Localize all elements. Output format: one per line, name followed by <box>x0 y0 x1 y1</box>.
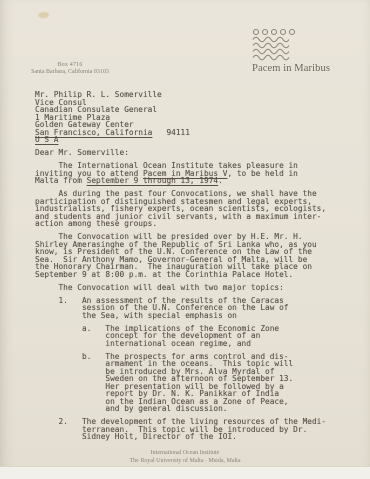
pacem-logo: Pacem in Maribus <box>252 28 347 74</box>
underlined-text: September 9 through 13, 1974 <box>87 176 218 185</box>
letter-text: the Sea, with special emphasis on <box>35 311 237 320</box>
footer-institute-name: International Ocean Institute <box>0 450 370 458</box>
letter-line: The Convocation will deal with two major… <box>35 284 345 292</box>
letter-line: international ocean regime, and <box>35 340 345 348</box>
letter-text: . <box>218 176 223 185</box>
footer-university-line: The Royal University of Malta · Msida, M… <box>0 458 370 466</box>
letter-line: San Francisco, California 94111 <box>35 129 345 137</box>
pacem-logo-text: Pacem in Maribus <box>252 63 347 74</box>
letter-text: , to be held in <box>227 169 297 178</box>
letter-text: action among these groups. <box>35 219 157 228</box>
letter-text: The Convocation will deal with two major… <box>35 283 284 292</box>
letter-text: Dear Mr. Somerville: <box>35 148 129 157</box>
scan-edge <box>0 466 370 479</box>
po-box-line: Box 4716 <box>14 62 126 69</box>
pacem-logo-icon <box>252 28 347 61</box>
letter-line: the Sea, with special emphasis on <box>35 312 345 320</box>
letter-text: and by general discussion. <box>35 404 227 413</box>
letter-line: action among these groups. <box>35 220 345 228</box>
letter-line: Dear Mr. Somerville: <box>35 149 345 157</box>
letter-text: Malta from <box>35 176 87 185</box>
city-line: Santa Barbara, California 93103 <box>14 69 126 76</box>
letter-line: Sidney Holt, Director of the IOI. <box>35 433 345 441</box>
letter-page: Box 4716 Santa Barbara, California 93103… <box>0 0 370 479</box>
letter-text: September 9 at 8:00 p.m. at the Corinthi… <box>35 270 293 279</box>
paper-stain <box>38 12 49 18</box>
letter-line: and by general discussion. <box>35 405 345 413</box>
letter-line: U S A <box>35 136 345 144</box>
letter-body: Mr. Philip R. L. SomervilleVice ConsulCa… <box>35 91 345 441</box>
underlined-text: U S A <box>35 135 58 144</box>
letter-text: Sidney Holt, Director of the IOI. <box>35 432 237 441</box>
letter-line: September 9 at 8:00 p.m. at the Corinthi… <box>35 271 345 279</box>
letterhead-address: Box 4716 Santa Barbara, California 93103 <box>14 62 126 76</box>
footer-institute: International Ocean Institute The Royal … <box>0 450 370 465</box>
letter-text: 94111 <box>152 128 190 137</box>
letter-text: international ocean regime, and <box>35 339 251 348</box>
letter-line: Malta from September 9 through 13, 1974. <box>35 177 345 185</box>
